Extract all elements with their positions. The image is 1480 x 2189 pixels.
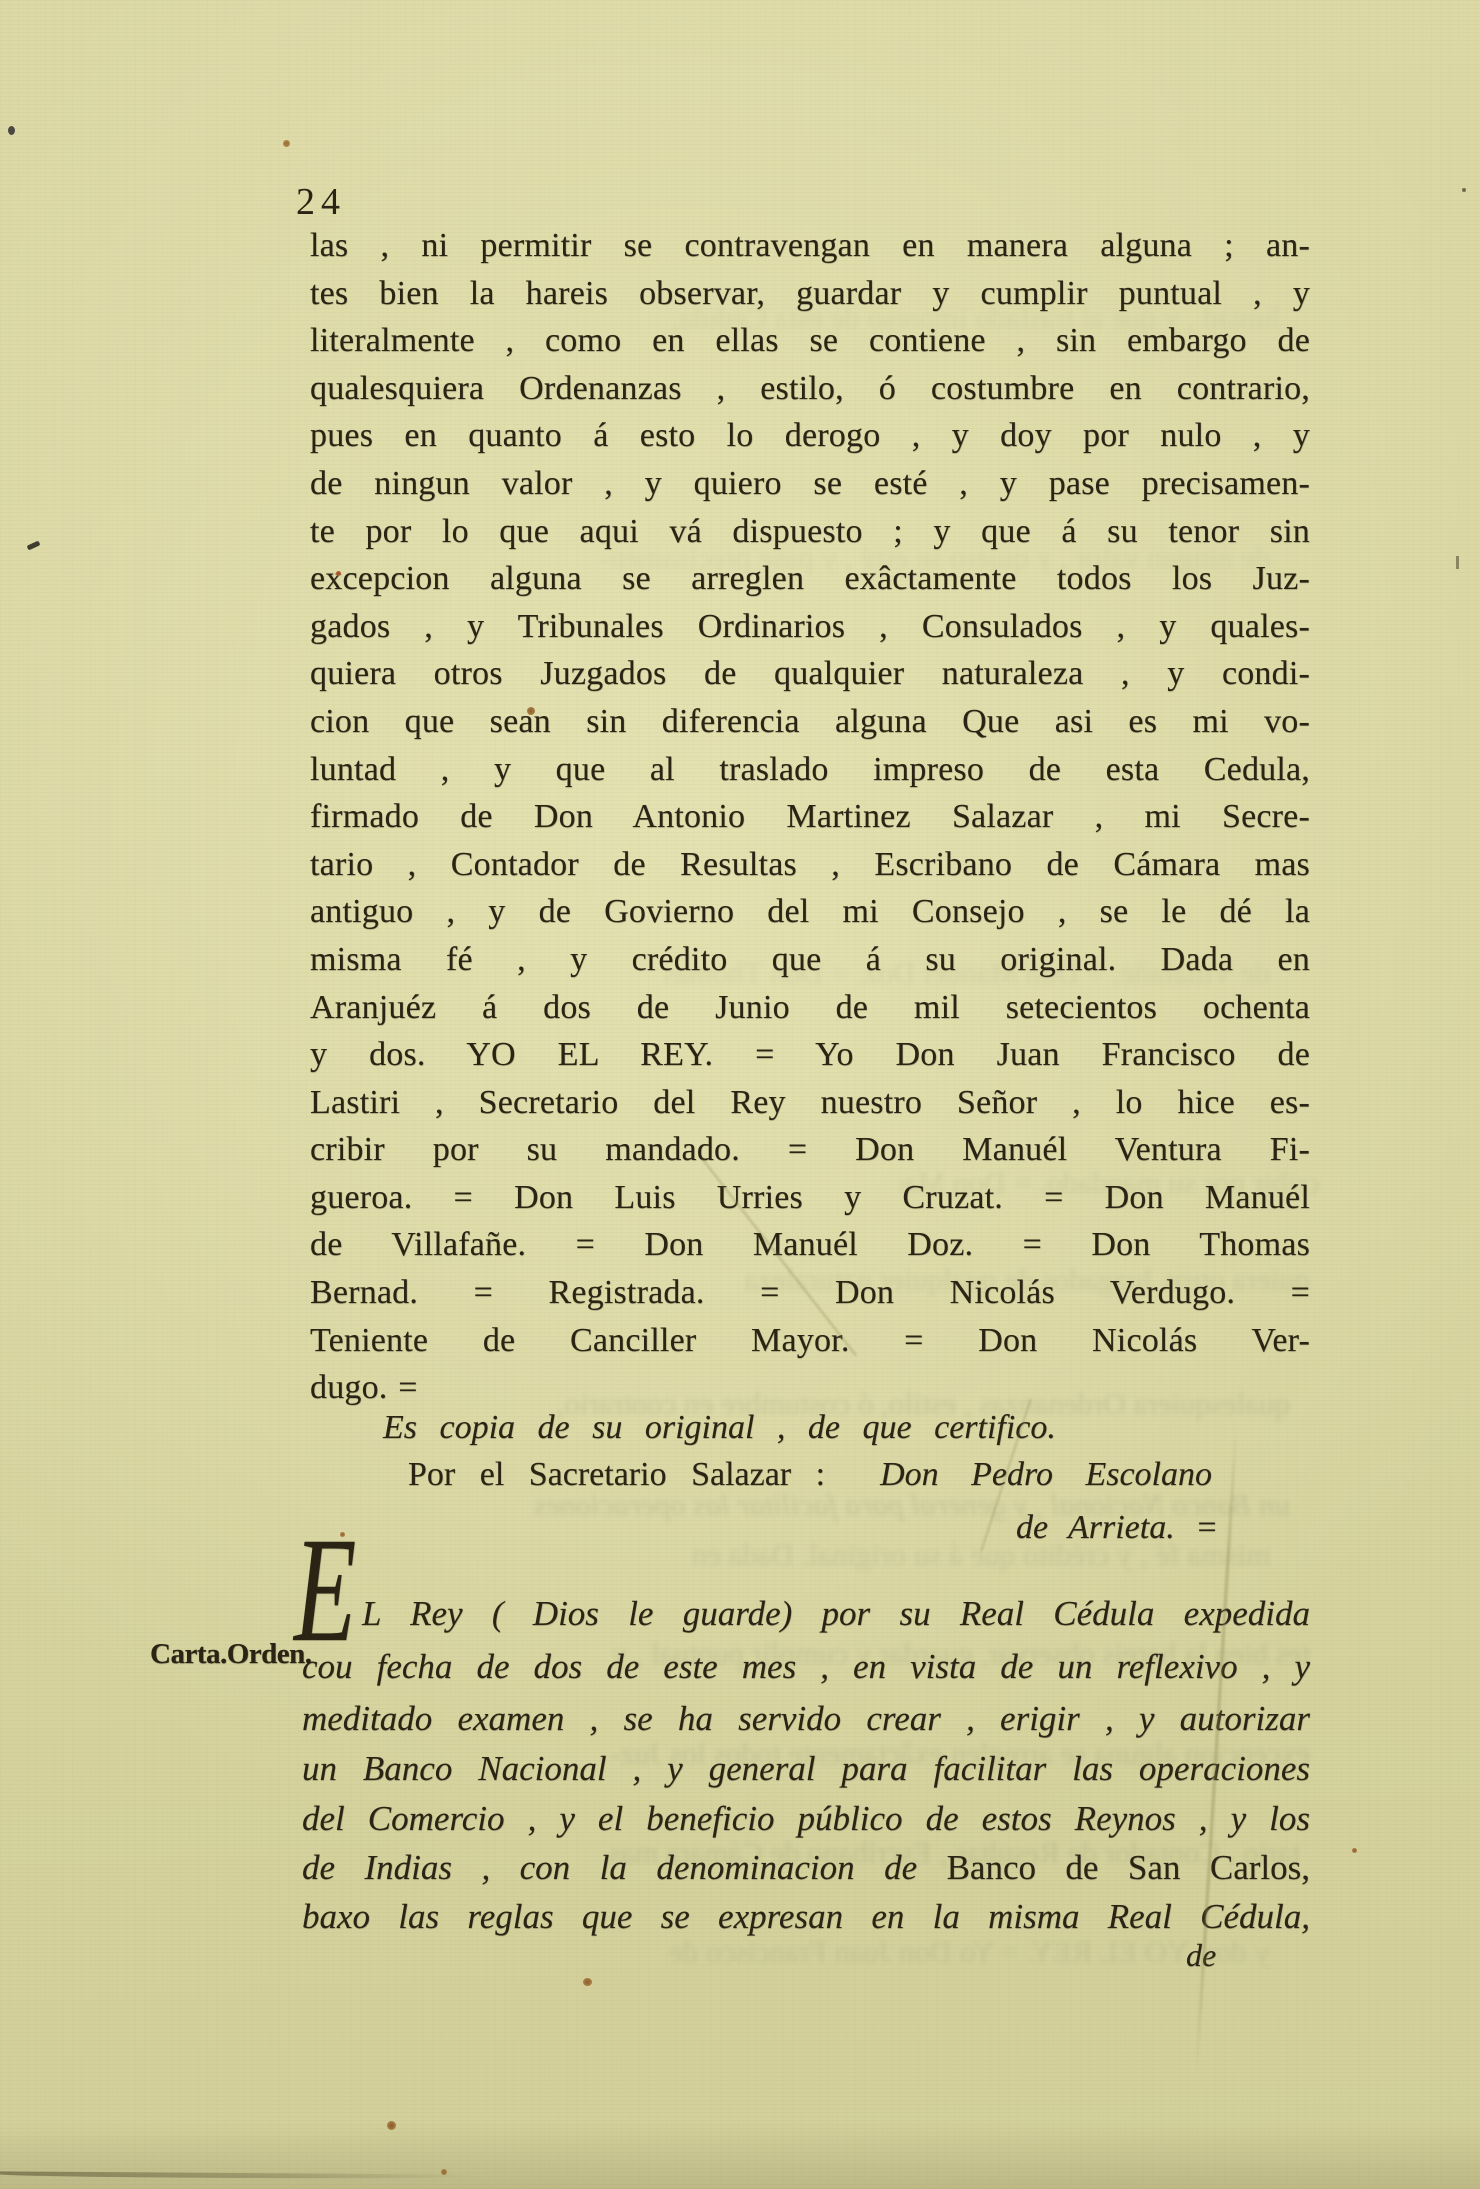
catchword: de xyxy=(1186,1937,1216,1974)
text-line: gados , y Tribunales Ordinarios , Consul… xyxy=(310,603,1310,651)
carta-orden-italic-text: de Indias , con la denominacion de xyxy=(302,1848,947,1887)
text-line: las , ni permitir se contravengan en man… xyxy=(310,222,1310,270)
text-line: literalmente , como en ellas se contiene… xyxy=(310,317,1310,365)
page-edge-mark xyxy=(1456,556,1459,569)
text-line: tes bien la hareis observar, guardar y c… xyxy=(310,270,1310,318)
carta-orden-line: meditado examen , se ha servido crear , … xyxy=(302,1697,1310,1741)
drop-cap-initial: E xyxy=(294,1536,356,1644)
text-line: qualesquiera Ordenanzas , estilo, ó cost… xyxy=(310,365,1310,413)
text-line: de Villafañe. = Don Manuél Doz. = Don Th… xyxy=(310,1221,1310,1269)
text-line: y dos. YO EL REY. = Yo Don Juan Francisc… xyxy=(310,1031,1310,1079)
certification-line: Por el Sacretario Salazar :Don Pedro Esc… xyxy=(408,1455,1212,1495)
text-line: te por lo que aqui vá dispuesto ; y que … xyxy=(310,508,1310,556)
text-line: misma fé , y crédito que á su original. … xyxy=(310,936,1310,984)
main-text-block: las , ni permitir se contravengan en man… xyxy=(310,222,1310,1412)
foxing-spot xyxy=(583,1978,592,1986)
certification-line: de Arrieta. = xyxy=(1016,1508,1218,1548)
text-line: quiera otros Juzgados de qualquier natur… xyxy=(310,650,1310,698)
text-line: dugo. = xyxy=(310,1364,1310,1412)
text-line: tario , Contador de Resultas , Escribano… xyxy=(310,841,1310,889)
text-line: firmado de Don Antonio Martinez Salazar … xyxy=(310,793,1310,841)
foxing-spot xyxy=(387,2121,396,2130)
margin-note: Carta.Orden. xyxy=(150,1638,312,1671)
carta-orden-line: de Indias , con la denominacion de Banco… xyxy=(302,1846,1310,1890)
carta-orden-line: L Rey ( Dios le guarde) por su Real Cédu… xyxy=(362,1592,1310,1636)
text-line: luntad , y que al traslado impreso de es… xyxy=(310,746,1310,794)
carta-orden-line: del Comercio , y el beneficio público de… xyxy=(302,1797,1310,1841)
text-line: excepcion alguna se arreglen exâctamente… xyxy=(310,555,1310,603)
page-edge-mark xyxy=(1462,188,1466,192)
scanned-document-page: luntad , y que al traslado impreso de es… xyxy=(0,0,1480,2189)
show-through-text: y dos. YO EL REY. = Yo Don Juan Francisc… xyxy=(430,1934,1270,1970)
text-line: pues en quanto á esto lo derogo , y doy … xyxy=(310,412,1310,460)
ink-speck xyxy=(8,126,15,135)
text-line: Bernad. = Registrada. = Don Nicolás Verd… xyxy=(310,1269,1310,1317)
ink-speck xyxy=(27,540,41,550)
page-number: 24 xyxy=(296,180,346,224)
foxing-spot xyxy=(283,140,290,147)
certification-roman-text: Por el Sacretario Salazar : xyxy=(408,1456,825,1493)
carta-orden-line: baxo las reglas que se expresan en la mi… xyxy=(302,1895,1310,1939)
bank-name-roman-text: Banco de San Carlos, xyxy=(947,1848,1310,1887)
text-line: cribir por su mandado. = Don Manuél Vent… xyxy=(310,1126,1310,1174)
text-line: de ningun valor , y quiero se esté , y p… xyxy=(310,460,1310,508)
foxing-spot xyxy=(1352,1848,1357,1853)
certification-signer-name: Don Pedro Escolano xyxy=(880,1456,1212,1493)
text-line: Aranjuéz á dos de Junio de mil setecient… xyxy=(310,984,1310,1032)
text-line: cion que sean sin diferencia alguna Que … xyxy=(310,698,1310,746)
certification-line: Es copia de su original , de que certifi… xyxy=(383,1408,1056,1448)
carta-orden-line: cou fecha de dos de este mes , en vista … xyxy=(302,1645,1310,1689)
text-line: antiguo , y de Govierno del mi Consejo ,… xyxy=(310,888,1310,936)
foxing-spot xyxy=(441,2169,447,2175)
text-line: gueroa. = Don Luis Urries y Cruzat. = Do… xyxy=(310,1174,1310,1222)
carta-orden-line: un Banco Nacional , y general para facil… xyxy=(302,1747,1310,1791)
text-line: Lastiri , Secretario del Rey nuestro Señ… xyxy=(310,1079,1310,1127)
text-line: Teniente de Canciller Mayor. = Don Nicol… xyxy=(310,1317,1310,1365)
page-bottom-edge xyxy=(0,2171,470,2179)
